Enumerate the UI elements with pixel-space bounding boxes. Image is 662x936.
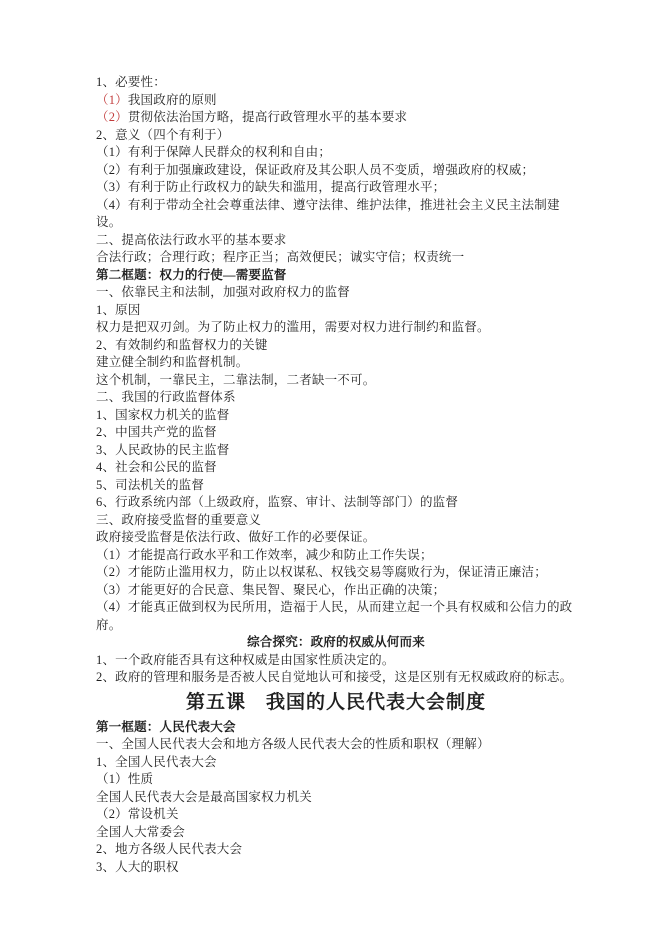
text-line: 建立健全制约和监督机制。 (96, 354, 576, 372)
text-segment: 政府接受监督是依法行政、做好工作的必要保证。 (96, 530, 375, 544)
text-line: 5、司法机关的监督 (96, 477, 576, 495)
text-line: （3）有利于防止行政权力的缺失和滥用，提高行政管理水平； (96, 179, 576, 197)
text-line: （2）有利于加强廉政建设，保证政府及其公职人员不变质，增强政府的权威； (96, 162, 576, 180)
text-segment: 我国政府的原则 (128, 93, 217, 107)
text-line: 全国人大常委会 (96, 824, 576, 842)
text-line: 1、必要性： (96, 74, 576, 92)
text-segment: 第二框题：权力的行使—需要监督 (96, 268, 287, 282)
text-segment: 2、政府的管理和服务是否被人民自觉地认可和接受，这是区别有无权威政府的标志。 (96, 670, 572, 684)
red-numbered-marker: （1） (96, 93, 128, 107)
text-segment: 1、一个政府能否具有这种权威是由国家性质决定的。 (96, 653, 395, 667)
text-line: 2、中国共产党的监督 (96, 424, 576, 442)
text-segment: 2、有效制约和监督权力的关键 (96, 338, 268, 352)
text-line: 1、原因 (96, 302, 576, 320)
text-segment: 2、中国共产党的监督 (96, 425, 217, 439)
text-line: （3）才能更好的合民意、集民智、聚民心，作出正确的决策； (96, 582, 576, 600)
text-segment: （1）性质 (96, 772, 153, 786)
text-line: （1）我国政府的原则 (96, 92, 576, 110)
text-segment: 3、人大的职权 (96, 860, 179, 874)
text-segment: （2）有利于加强廉政建设，保证政府及其公职人员不变质，增强政府的权威； (96, 163, 534, 177)
text-segment: 二、我国的行政监督体系 (96, 390, 236, 404)
text-segment: 1、国家权力机关的监督 (96, 408, 229, 422)
text-segment: 4、社会和公民的监督 (96, 460, 217, 474)
text-segment: 第一框题：人民代表大会 (96, 720, 236, 734)
section-heading: 第二框题：权力的行使—需要监督 (96, 267, 576, 285)
text-segment: 三、政府接受监督的重要意义 (96, 513, 261, 527)
red-numbered-marker: （2） (96, 110, 128, 124)
text-line: 2、有效制约和监督权力的关键 (96, 337, 576, 355)
text-segment: （2）才能防止滥用权力，防止以权谋私、权钱交易等腐败行为，保证清正廉洁； (96, 565, 547, 579)
text-line: （2）才能防止滥用权力，防止以权谋私、权钱交易等腐败行为，保证清正廉洁； (96, 564, 576, 582)
text-line: （1）性质 (96, 771, 576, 789)
text-line: 1、国家权力机关的监督 (96, 407, 576, 425)
text-segment: 全国人民代表大会是最高国家权力机关 (96, 790, 312, 804)
text-line: 合法行政；合理行政；程序正当；高效便民；诚实守信；权责统一 (96, 249, 576, 267)
text-segment: 贯彻依法治国方略，提高行政管理水平的基本要求 (128, 110, 407, 124)
text-line: 2、意义（四个有利于） (96, 127, 576, 145)
text-line: 4、社会和公民的监督 (96, 459, 576, 477)
text-segment: 1、必要性： (96, 75, 166, 89)
text-line: 2、政府的管理和服务是否被人民自觉地认可和接受，这是区别有无权威政府的标志。 (96, 669, 576, 687)
text-segment: （2）常设机关 (96, 807, 179, 821)
text-line: 三、政府接受监督的重要意义 (96, 512, 576, 530)
text-segment: （1）有利于保障人民群众的权利和自由； (96, 145, 331, 159)
text-segment: 1、原因 (96, 303, 141, 317)
text-line: （2）常设机关 (96, 806, 576, 824)
text-line: 一、依靠民主和法制，加强对政府权力的监督 (96, 284, 576, 302)
text-segment: 1、全国人民代表大会 (96, 755, 217, 769)
text-segment: 3、人民政协的民主监督 (96, 443, 229, 457)
text-line: （1）有利于保障人民群众的权利和自由； (96, 144, 576, 162)
text-segment: （4）有利于带动全社会尊重法律、遵守法律、维护法律，推进社会主义民主法制建设。 (96, 198, 560, 230)
text-segment: （3）才能更好的合民意、集民智、聚民心，作出正确的决策； (96, 583, 445, 597)
text-line: 权力是把双刃剑。为了防止权力的滥用，需要对权力进行制约和监督。 (96, 319, 576, 337)
text-segment: 权力是把双刃剑。为了防止权力的滥用，需要对权力进行制约和监督。 (96, 320, 490, 334)
text-segment: （1）才能提高行政水平和工作效率，减少和防止工作失误； (96, 548, 433, 562)
text-line: 3、人大的职权 (96, 859, 576, 877)
lesson-title: 第五课 我国的人民代表大会制度 (96, 687, 576, 719)
text-line: 这个机制，一靠民主，二靠法制，二者缺一不可。 (96, 372, 576, 390)
text-segment: （4）才能真正做到权为民所用，造福于人民，从而建立起一个具有权威和公信力的政府。 (96, 600, 572, 632)
text-segment: 一、全国人民代表大会和地方各级人民代表大会的性质和职权（理解） (96, 737, 490, 751)
text-segment: 建立健全制约和监督机制。 (96, 355, 248, 369)
text-line: （4）才能真正做到权为民所用，造福于人民，从而建立起一个具有权威和公信力的政府。 (96, 599, 576, 634)
text-line: 1、全国人民代表大会 (96, 754, 576, 772)
text-line: （4）有利于带动全社会尊重法律、遵守法律、维护法律，推进社会主义民主法制建设。 (96, 197, 576, 232)
text-segment: 2、意义（四个有利于） (96, 128, 229, 142)
text-segment: 综合探究：政府的权威从何而来 (247, 635, 425, 649)
text-segment: 这个机制，一靠民主，二靠法制，二者缺一不可。 (96, 373, 375, 387)
text-line: 二、我国的行政监督体系 (96, 389, 576, 407)
text-segment: 合法行政；合理行政；程序正当；高效便民；诚实守信；权责统一 (96, 250, 464, 264)
text-line: 全国人民代表大会是最高国家权力机关 (96, 789, 576, 807)
text-segment: 二、提高依法行政水平的基本要求 (96, 233, 287, 247)
text-segment: 全国人大常委会 (96, 825, 185, 839)
text-line: 二、提高依法行政水平的基本要求 (96, 232, 576, 250)
text-segment: 一、依靠民主和法制，加强对政府权力的监督 (96, 285, 350, 299)
text-line: （1）才能提高行政水平和工作效率，减少和防止工作失误； (96, 547, 576, 565)
text-line: 1、一个政府能否具有这种权威是由国家性质决定的。 (96, 652, 576, 670)
text-line: 3、人民政协的民主监督 (96, 442, 576, 460)
text-line: 政府接受监督是依法行政、做好工作的必要保证。 (96, 529, 576, 547)
section-heading: 第一框题：人民代表大会 (96, 719, 576, 737)
text-line: 6、行政系统内部（上级政府，监察、审计、法制等部门）的监督 (96, 494, 576, 512)
document-body: 1、必要性：（1）我国政府的原则（2）贯彻依法治国方略，提高行政管理水平的基本要… (96, 74, 576, 876)
text-segment: 6、行政系统内部（上级政府，监察、审计、法制等部门）的监督 (96, 495, 458, 509)
section-heading: 综合探究：政府的权威从何而来 (96, 634, 576, 652)
text-segment: 第五课 我国的人民代表大会制度 (186, 692, 486, 713)
text-segment: 2、地方各级人民代表大会 (96, 842, 242, 856)
document-page: 1、必要性：（1）我国政府的原则（2）贯彻依法治国方略，提高行政管理水平的基本要… (0, 0, 662, 936)
text-segment: 5、司法机关的监督 (96, 478, 204, 492)
text-line: 一、全国人民代表大会和地方各级人民代表大会的性质和职权（理解） (96, 736, 576, 754)
text-segment: （3）有利于防止行政权力的缺失和滥用，提高行政管理水平； (96, 180, 445, 194)
text-line: （2）贯彻依法治国方略，提高行政管理水平的基本要求 (96, 109, 576, 127)
text-line: 2、地方各级人民代表大会 (96, 841, 576, 859)
